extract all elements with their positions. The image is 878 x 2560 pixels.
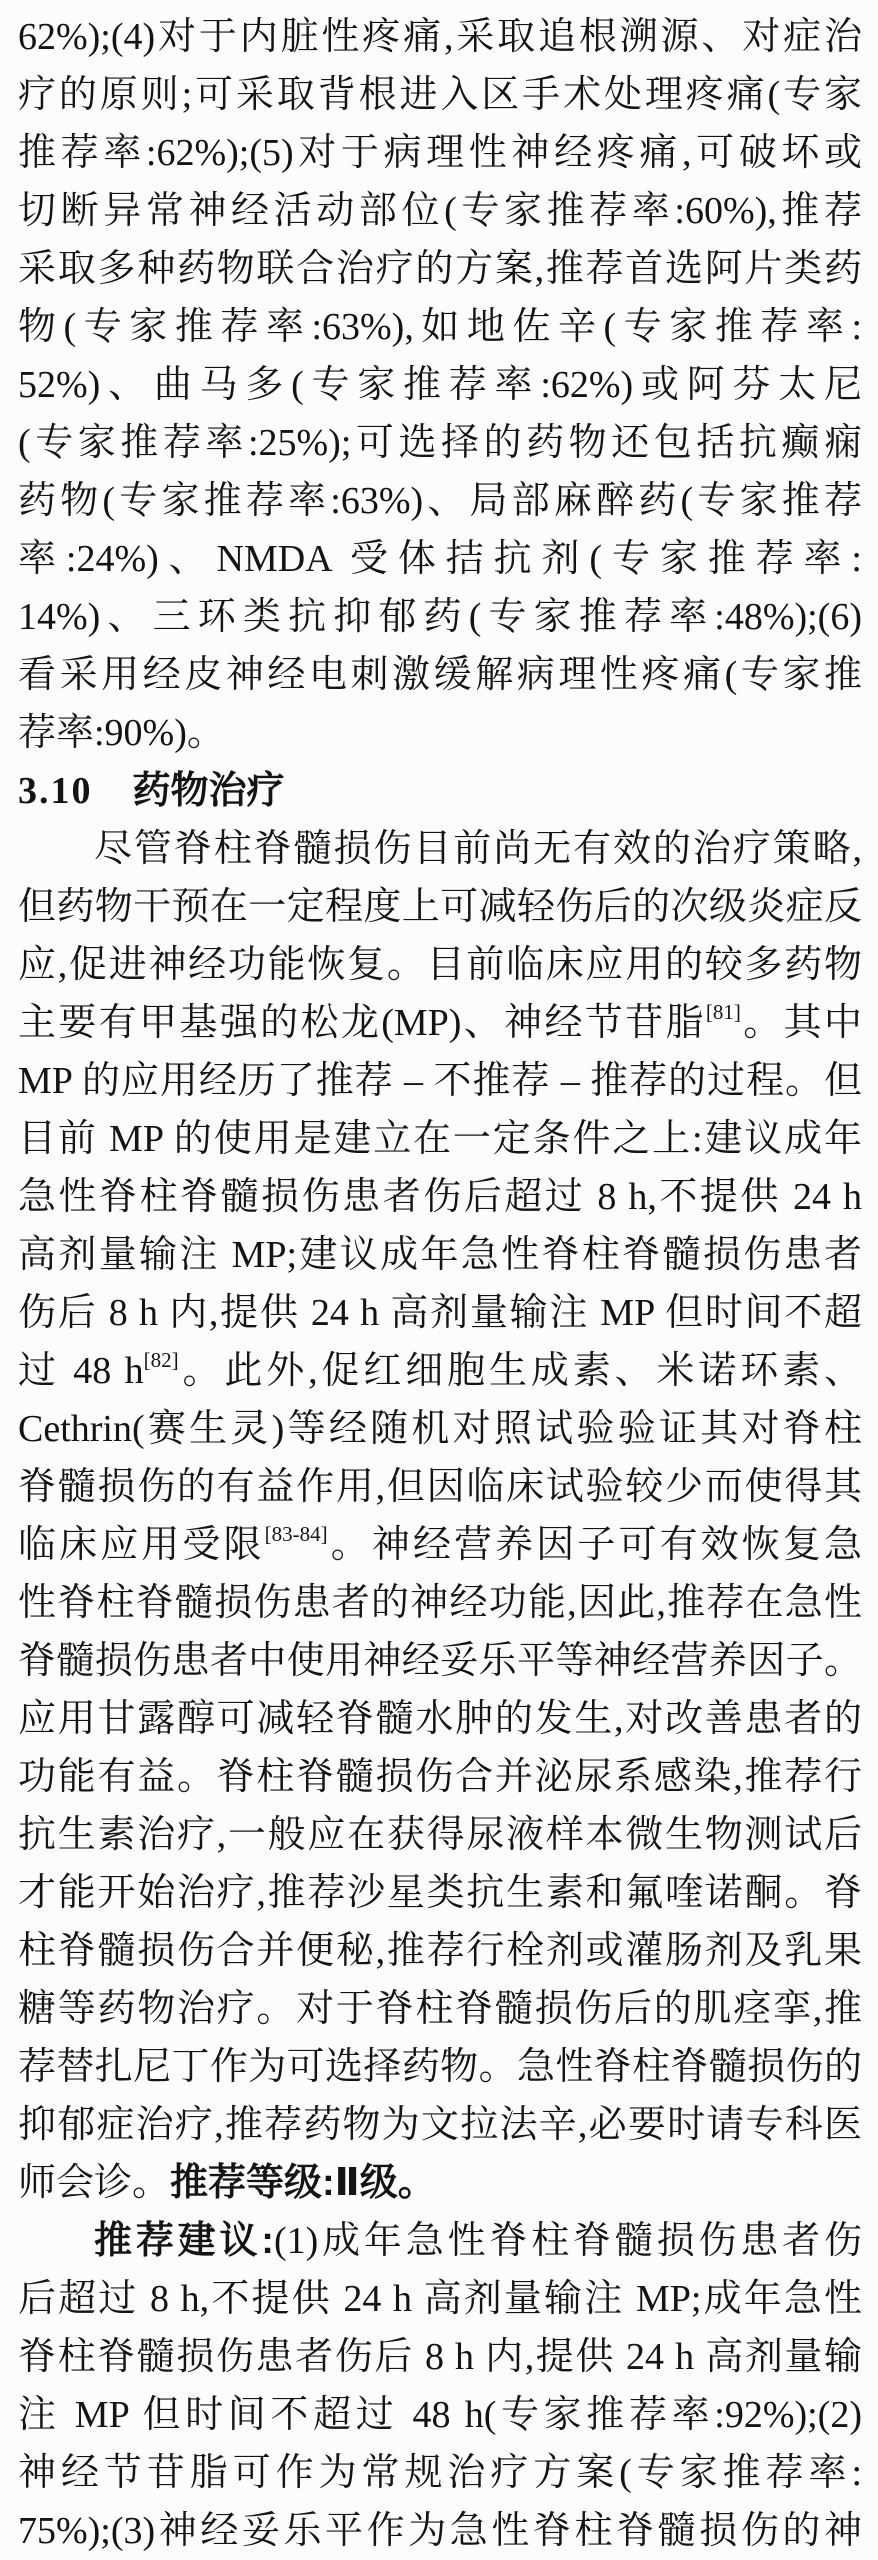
text-segment: 神经节苷脂可作为常规治疗方案(专家推荐率: bbox=[18, 2452, 862, 2494]
text-line: 师会诊。推荐等级:Ⅱ级。 bbox=[18, 2154, 862, 2212]
text-line: 性脊柱脊髓损伤患者的神经功能,因此,推荐在急性 bbox=[18, 1574, 862, 1632]
text-line: (专家推荐率:25%);可选择的药物还包括抗癫痫 bbox=[18, 414, 862, 472]
text-segment: 师会诊。 bbox=[18, 2162, 170, 2204]
text-line: 75%);(3)神经妥乐平作为急性脊柱脊髓损伤的神 bbox=[18, 2502, 862, 2560]
text-segment: 主要有甲基强的松龙(MP)、神经节苷脂 bbox=[18, 1002, 706, 1044]
bold-emphasis-text: 推荐等级:Ⅱ级。 bbox=[170, 2162, 436, 2204]
text-segment: 采取多种药物联合治疗的方案,推荐首选阿片类药 bbox=[18, 248, 862, 290]
text-line: 注 MP 但时间不超过 48 h(专家推荐率:92%);(2) bbox=[18, 2386, 862, 2444]
text-line: Cethrin(赛生灵)等经随机对照试验验证其对脊柱 bbox=[18, 1400, 862, 1458]
text-segment: 过 48 h bbox=[18, 1350, 144, 1392]
text-line: 功能有益。脊柱脊髓损伤合并泌尿系感染,推荐行 bbox=[18, 1748, 862, 1806]
text-segment: 。其中 bbox=[741, 1002, 862, 1044]
text-segment: 注 MP 但时间不超过 48 h(专家推荐率:92%);(2) bbox=[18, 2394, 862, 2436]
text-line: 但药物干预在一定程度上可减轻伤后的次级炎症反 bbox=[18, 878, 862, 936]
text-line: 尽管脊柱脊髓损伤目前尚无有效的治疗策略, bbox=[18, 820, 862, 878]
text-segment: 荐替扎尼丁作为可选择药物。急性脊柱脊髓损伤的 bbox=[18, 2046, 862, 2088]
text-line: 神经节苷脂可作为常规治疗方案(专家推荐率: bbox=[18, 2444, 862, 2502]
citation-superscript: [82] bbox=[144, 1348, 179, 1372]
text-segment: 脊髓损伤的有益作用,但因临床试验较少而使得其 bbox=[18, 1466, 862, 1508]
text-line: 疗的原则;可采取背根进入区手术处理疼痛(专家 bbox=[18, 66, 862, 124]
text-segment: (专家推荐率:25%);可选择的药物还包括抗癫痫 bbox=[18, 422, 862, 464]
text-segment: 后超过 8 h,不提供 24 h 高剂量输注 MP;成年急性 bbox=[18, 2278, 862, 2320]
text-line: 目前 MP 的使用是建立在一定条件之上:建议成年 bbox=[18, 1110, 862, 1168]
text-segment: 药物(专家推荐率:63%)、局部麻醉药(专家推荐 bbox=[18, 480, 862, 522]
text-segment: 物(专家推荐率:63%),如地佐辛(专家推荐率: bbox=[18, 306, 862, 348]
text-line: 主要有甲基强的松龙(MP)、神经节苷脂[81]。其中 bbox=[18, 994, 862, 1052]
text-segment: 应,促进神经功能恢复。目前临床应用的较多药物 bbox=[18, 944, 862, 986]
text-line: 脊髓损伤的有益作用,但因临床试验较少而使得其 bbox=[18, 1458, 862, 1516]
text-line: 急性脊柱脊髓损伤患者伤后超过 8 h,不提供 24 h bbox=[18, 1168, 862, 1226]
text-line: 荐替扎尼丁作为可选择药物。急性脊柱脊髓损伤的 bbox=[18, 2038, 862, 2096]
text-segment: 但药物干预在一定程度上可减轻伤后的次级炎症反 bbox=[18, 886, 862, 928]
text-line: 62%);(4)对于内脏性疼痛,采取追根溯源、对症治 bbox=[18, 8, 862, 66]
citation-superscript: [83-84] bbox=[265, 1522, 328, 1546]
text-segment: 75%);(3)神经妥乐平作为急性脊柱脊髓损伤的神 bbox=[18, 2510, 862, 2552]
text-line: 药物(专家推荐率:63%)、局部麻醉药(专家推荐 bbox=[18, 472, 862, 530]
text-segment: 抑郁症治疗,推荐药物为文拉法辛,必要时请专科医 bbox=[18, 2104, 862, 2146]
text-line: 柱脊髓损伤合并便秘,推荐行栓剂或灌肠剂及乳果 bbox=[18, 1922, 862, 1980]
text-segment: 尽管脊柱脊髓损伤目前尚无有效的治疗策略, bbox=[94, 828, 862, 870]
citation-superscript: [81] bbox=[706, 1000, 741, 1024]
text-line: 后超过 8 h,不提供 24 h 高剂量输注 MP;成年急性 bbox=[18, 2270, 862, 2328]
text-line: 伤后 8 h 内,提供 24 h 高剂量输注 MP 但时间不超 bbox=[18, 1284, 862, 1342]
text-segment: 推荐率:62%);(5)对于病理性神经疼痛,可破坏或 bbox=[18, 132, 862, 174]
text-segment: 看采用经皮神经电刺激缓解病理性疼痛(专家推 bbox=[18, 654, 862, 696]
text-segment: 目前 MP 的使用是建立在一定条件之上:建议成年 bbox=[18, 1118, 862, 1160]
text-segment: 14%)、三环类抗抑郁药(专家推荐率:48%);(6) bbox=[18, 596, 862, 638]
text-segment: 切断异常神经活动部位(专家推荐率:60%),推荐 bbox=[18, 190, 862, 232]
text-segment: 糖等药物治疗。对于脊柱脊髓损伤后的肌痉挛,推 bbox=[18, 1988, 862, 2030]
text-segment: 高剂量输注 MP;建议成年急性脊柱脊髓损伤患者 bbox=[18, 1234, 862, 1276]
document-page: 62%);(4)对于内脏性疼痛,采取追根溯源、对症治疗的原则;可采取背根进入区手… bbox=[0, 0, 878, 2560]
text-line: 率:24%)、NMDA 受体拮抗剂(专家推荐率: bbox=[18, 530, 862, 588]
text-column: 62%);(4)对于内脏性疼痛,采取追根溯源、对症治疗的原则;可采取背根进入区手… bbox=[18, 8, 862, 2560]
text-segment: 。此外,促红细胞生成素、米诺环素、 bbox=[179, 1350, 862, 1392]
text-segment: 脊柱脊髓损伤患者伤后 8 h 内,提供 24 h 高剂量输 bbox=[18, 2336, 862, 2378]
section-heading: 3.10药物治疗 bbox=[18, 762, 862, 820]
text-line: MP 的应用经历了推荐 – 不推荐 – 推荐的过程。但 bbox=[18, 1052, 862, 1110]
text-line: 物(专家推荐率:63%),如地佐辛(专家推荐率: bbox=[18, 298, 862, 356]
text-segment: 才能开始治疗,推荐沙星类抗生素和氟喹诺酮。脊 bbox=[18, 1872, 862, 1914]
text-segment: 应用甘露醇可减轻脊髓水肿的发生,对改善患者的 bbox=[18, 1698, 862, 1740]
text-line: 抗生素治疗,一般应在获得尿液样本微生物测试后 bbox=[18, 1806, 862, 1864]
text-segment: 急性脊柱脊髓损伤患者伤后超过 8 h,不提供 24 h bbox=[18, 1176, 862, 1218]
text-segment: MP 的应用经历了推荐 – 不推荐 – 推荐的过程。但 bbox=[18, 1060, 862, 1102]
text-line: 抑郁症治疗,推荐药物为文拉法辛,必要时请专科医 bbox=[18, 2096, 862, 2154]
text-line: 过 48 h[82]。此外,促红细胞生成素、米诺环素、 bbox=[18, 1342, 862, 1400]
text-line: 切断异常神经活动部位(专家推荐率:60%),推荐 bbox=[18, 182, 862, 240]
text-line: 推荐建议:(1)成年急性脊柱脊髓损伤患者伤 bbox=[18, 2212, 862, 2270]
text-line: 应用甘露醇可减轻脊髓水肿的发生,对改善患者的 bbox=[18, 1690, 862, 1748]
text-line: 脊柱脊髓损伤患者伤后 8 h 内,提供 24 h 高剂量输 bbox=[18, 2328, 862, 2386]
text-line: 高剂量输注 MP;建议成年急性脊柱脊髓损伤患者 bbox=[18, 1226, 862, 1284]
section-number: 3.10 bbox=[18, 770, 93, 812]
text-line: 推荐率:62%);(5)对于病理性神经疼痛,可破坏或 bbox=[18, 124, 862, 182]
text-segment: Cethrin(赛生灵)等经随机对照试验验证其对脊柱 bbox=[18, 1408, 862, 1450]
text-segment: 抗生素治疗,一般应在获得尿液样本微生物测试后 bbox=[18, 1814, 862, 1856]
text-line: 52%)、曲马多(专家推荐率:62%)或阿芬太尼 bbox=[18, 356, 862, 414]
text-line: 糖等药物治疗。对于脊柱脊髓损伤后的肌痉挛,推 bbox=[18, 1980, 862, 2038]
text-segment: 62%);(4)对于内脏性疼痛,采取追根溯源、对症治 bbox=[18, 16, 862, 58]
text-segment: (1)成年急性脊柱脊髓损伤患者伤 bbox=[274, 2220, 862, 2262]
text-line: 脊髓损伤患者中使用神经妥乐平等神经营养因子。 bbox=[18, 1632, 862, 1690]
text-segment: 率:24%)、NMDA 受体拮抗剂(专家推荐率: bbox=[18, 538, 862, 580]
text-line: 临床应用受限[83-84]。神经营养因子可有效恢复急 bbox=[18, 1516, 862, 1574]
text-line: 才能开始治疗,推荐沙星类抗生素和氟喹诺酮。脊 bbox=[18, 1864, 862, 1922]
text-line: 荐率:90%)。 bbox=[18, 704, 862, 762]
text-line: 14%)、三环类抗抑郁药(专家推荐率:48%);(6) bbox=[18, 588, 862, 646]
text-segment: 脊髓损伤患者中使用神经妥乐平等神经营养因子。 bbox=[18, 1640, 862, 1682]
text-line: 采取多种药物联合治疗的方案,推荐首选阿片类药 bbox=[18, 240, 862, 298]
text-segment: 疗的原则;可采取背根进入区手术处理疼痛(专家 bbox=[18, 74, 862, 116]
text-segment: 52%)、曲马多(专家推荐率:62%)或阿芬太尼 bbox=[18, 364, 862, 406]
text-segment: 性脊柱脊髓损伤患者的神经功能,因此,推荐在急性 bbox=[18, 1582, 862, 1624]
section-title: 药物治疗 bbox=[133, 770, 285, 812]
text-segment: 荐率:90%)。 bbox=[18, 712, 225, 754]
text-segment: 。神经营养因子可有效恢复急 bbox=[328, 1524, 862, 1566]
text-segment: 功能有益。脊柱脊髓损伤合并泌尿系感染,推荐行 bbox=[18, 1756, 862, 1798]
text-line: 应,促进神经功能恢复。目前临床应用的较多药物 bbox=[18, 936, 862, 994]
text-line: 看采用经皮神经电刺激缓解病理性疼痛(专家推 bbox=[18, 646, 862, 704]
bold-emphasis-text: 推荐建议: bbox=[94, 2220, 274, 2262]
text-segment: 临床应用受限 bbox=[18, 1524, 265, 1566]
text-segment: 伤后 8 h 内,提供 24 h 高剂量输注 MP 但时间不超 bbox=[18, 1292, 862, 1334]
text-segment: 柱脊髓损伤合并便秘,推荐行栓剂或灌肠剂及乳果 bbox=[18, 1930, 862, 1972]
